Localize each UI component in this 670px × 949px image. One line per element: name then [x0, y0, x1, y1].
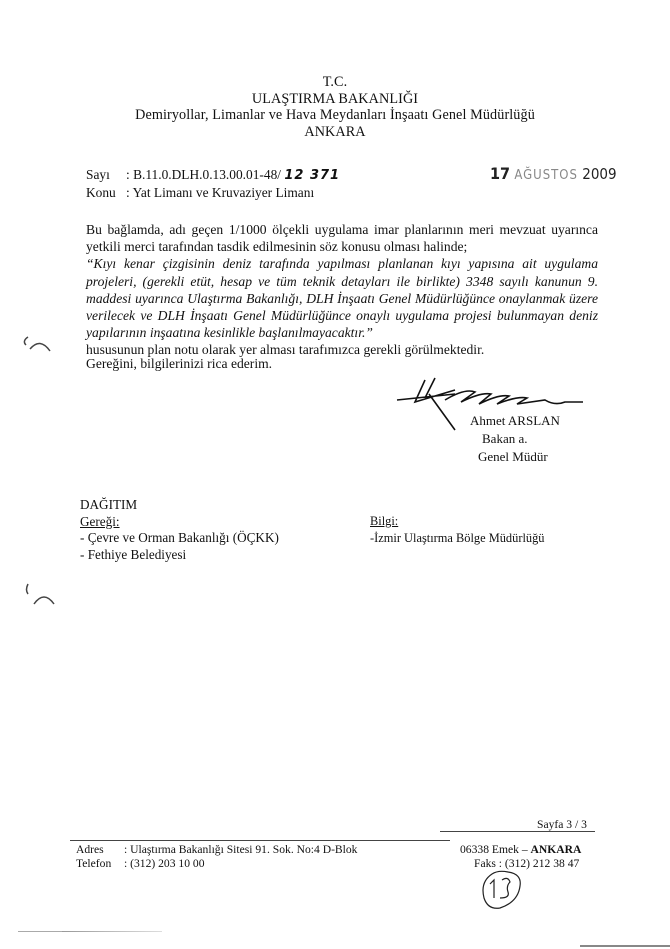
- body-intro: Bu bağlamda, adı geçen 1/1000 ölçekli uy…: [86, 221, 598, 255]
- scan-artifact: [580, 945, 670, 947]
- signatory-name: Ahmet ARSLAN: [470, 412, 560, 430]
- letterhead-tc: T.C.: [0, 74, 670, 91]
- bilgi-item: -İzmir Ulaştırma Bölge Müdürlüğü: [370, 530, 544, 547]
- gerek-item: - Çevre ve Orman Bakanlığı (ÖÇKK): [80, 530, 279, 547]
- sayi-value: : B.11.0.DLH.0.13.00.01-48/: [126, 167, 281, 182]
- sayi-label: Sayı: [86, 166, 126, 183]
- telefon-label: Telefon: [76, 857, 124, 871]
- letterhead-ministry: ULAŞTIRMA BAKANLIĞI: [0, 91, 670, 108]
- date-year: 2009: [582, 165, 616, 183]
- postal-code: 06338 Emek –: [460, 843, 528, 856]
- konu-row: Konu: Yat Limanı ve Kruvaziyer Limanı: [86, 184, 340, 201]
- adres-label: Adres: [76, 843, 124, 857]
- letterhead: T.C. ULAŞTIRMA BAKANLIĞI Demiryollar, Li…: [0, 74, 670, 140]
- signatory-title1: Bakan a.: [482, 430, 527, 448]
- footer-divider: [440, 831, 595, 832]
- konu-value: : Yat Limanı ve Kruvaziyer Limanı: [126, 185, 314, 200]
- reference-block: Sayı: B.11.0.DLH.0.13.00.01-48/ 12 371 K…: [86, 166, 340, 201]
- handwritten-number: 12 371: [284, 168, 340, 183]
- gerek-label: Gereği:: [80, 514, 279, 531]
- letter-body: Bu bağlamda, adı geçen 1/1000 ölçekli uy…: [86, 221, 598, 359]
- telefon-value: : (312) 203 10 00: [124, 857, 205, 870]
- date-stamp: 17 AĞUSTOS 2009: [490, 164, 617, 183]
- date-month: AĞUSTOS: [514, 168, 578, 183]
- punch-hole-mark-icon: [20, 582, 60, 608]
- body-quote: “Kıyı kenar çizgisinin deniz tarafında y…: [86, 255, 598, 341]
- info-block: Bilgi: -İzmir Ulaştırma Bölge Müdürlüğü: [370, 513, 544, 546]
- punch-hole-mark-icon: [18, 333, 58, 355]
- closing-line: Gereğini, bilgilerinizi rica ederim.: [86, 356, 272, 372]
- footer-address: Adres: Ulaştırma Bakanlığı Sitesi 91. So…: [76, 843, 357, 871]
- distribution-heading: DAĞITIM: [80, 497, 279, 514]
- date-day: 17: [490, 164, 510, 183]
- scan-artifact: [18, 931, 63, 932]
- sayi-row: Sayı: B.11.0.DLH.0.13.00.01-48/ 12 371: [86, 166, 340, 184]
- scan-artifact: [62, 931, 162, 932]
- gerek-item: - Fethiye Belediyesi: [80, 547, 279, 564]
- footer-divider: [70, 840, 450, 841]
- footer-city: ANKARA: [531, 843, 582, 856]
- letterhead-city: ANKARA: [0, 124, 670, 141]
- letterhead-directorate: Demiryollar, Limanlar ve Hava Meydanları…: [0, 107, 670, 124]
- page-number: Sayfa 3 / 3: [537, 818, 587, 831]
- handwritten-page-stamp-icon: [478, 868, 528, 912]
- bilgi-label: Bilgi:: [370, 513, 544, 530]
- signatory-title2: Genel Müdür: [478, 448, 548, 466]
- distribution-block: DAĞITIM Gereği: - Çevre ve Orman Bakanlı…: [80, 497, 279, 563]
- footer-contact: 06338 Emek – ANKARA Faks : (312) 212 38 …: [460, 843, 581, 871]
- adres-value: : Ulaştırma Bakanlığı Sitesi 91. Sok. No…: [124, 843, 357, 856]
- konu-label: Konu: [86, 184, 126, 201]
